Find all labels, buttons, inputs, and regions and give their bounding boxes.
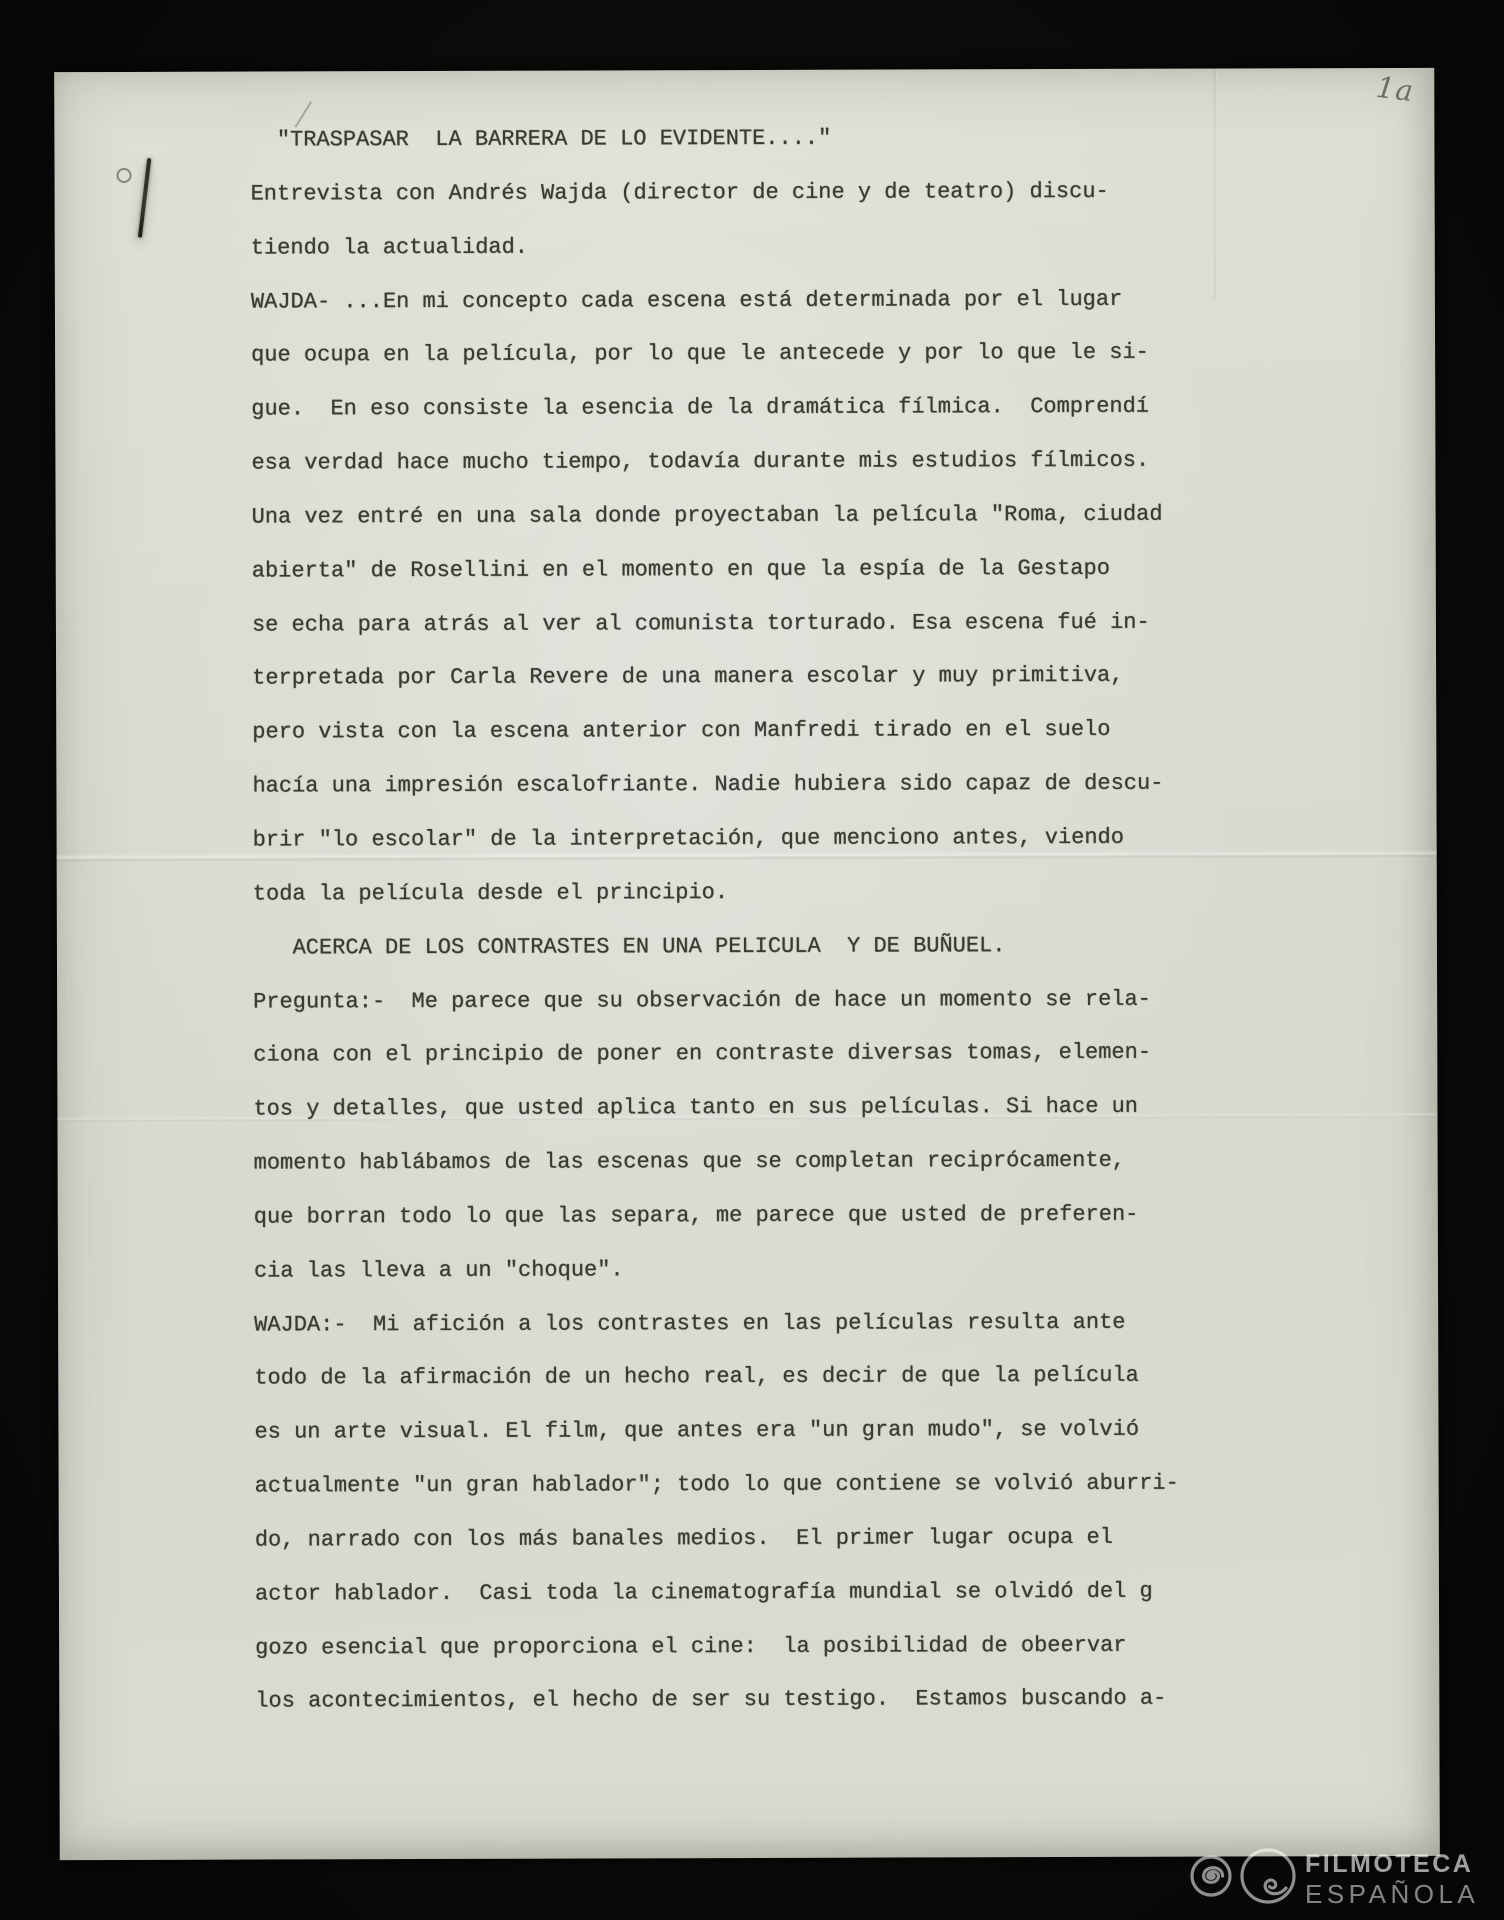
watermark-subtitle: ESPAÑOLA <box>1305 1879 1479 1909</box>
text-line: ACERCA DE LOS CONTRASTES EN UNA PELICULA… <box>253 918 1253 975</box>
text-line: todo de la afirmación de un hecho real, … <box>254 1349 1254 1406</box>
text-line: pero vista con la escena anterior con Ma… <box>252 703 1252 760</box>
text-line: tiendo la actualidad. <box>251 218 1251 275</box>
watermark-title: FILMOTECA <box>1305 1850 1473 1878</box>
document-page: 1a "TRASPASAR LA BARRERA DE LO EVIDENTE.… <box>54 68 1440 1860</box>
text-line: gozo esencial que proporciona el cine: l… <box>255 1618 1255 1675</box>
text-line: momento hablábamos de las escenas que se… <box>254 1133 1254 1190</box>
text-line: "TRASPASAR LA BARRERA DE LO EVIDENTE....… <box>250 110 1250 167</box>
text-line: ciona con el principio de poner en contr… <box>253 1026 1253 1083</box>
typewritten-text: "TRASPASAR LA BARRERA DE LO EVIDENTE....… <box>250 110 1255 1728</box>
text-line: toda la película desde el principio. <box>253 864 1253 921</box>
text-line: hacía una impresión escalofriante. Nadie… <box>252 757 1252 814</box>
text-line: actor hablador. Casi toda la cinematogra… <box>255 1564 1255 1621</box>
pin-mark <box>138 158 151 238</box>
text-line: es un arte visual. El film, que antes er… <box>254 1403 1254 1460</box>
text-line: Entrevista con Andrés Wajda (director de… <box>250 164 1250 221</box>
text-line: esa verdad hace mucho tiempo, todavía du… <box>251 433 1251 490</box>
pin-hole <box>116 168 131 183</box>
filmoteca-espanola-watermark: FILMOTECA ESPAÑOLA <box>1178 1835 1488 1917</box>
text-line: abierta" de Rosellini en el momento en q… <box>252 541 1252 598</box>
text-line: se echa para atrás al ver al comunista t… <box>252 595 1252 652</box>
text-line: tos y detalles, que usted aplica tanto e… <box>253 1080 1253 1137</box>
text-line: que ocupa en la película, por lo que le … <box>251 326 1251 383</box>
text-line: do, narrado con los más banales medios. … <box>255 1510 1255 1567</box>
text-line: gue. En eso consiste la esencia de la dr… <box>251 380 1251 437</box>
scan-background: 1a "TRASPASAR LA BARRERA DE LO EVIDENTE.… <box>0 0 1504 1920</box>
text-line: los acontecimientos, el hecho de ser su … <box>255 1672 1255 1729</box>
text-line: WAJDA:- Mi afición a los contrastes en l… <box>254 1295 1254 1352</box>
text-line: que borran todo lo que las separa, me pa… <box>254 1187 1254 1244</box>
filmoteca-logo-icon: FILMOTECA ESPAÑOLA <box>1178 1835 1488 1917</box>
page-number-annotation: 1a <box>1374 70 1416 108</box>
text-line: brir "lo escolar" de la interpretación, … <box>253 810 1253 867</box>
text-line: cia las lleva a un "choque". <box>254 1241 1254 1298</box>
text-line: actualmente "un gran hablador"; todo lo … <box>255 1457 1255 1514</box>
text-line: Una vez entré en una sala donde proyecta… <box>252 487 1252 544</box>
text-line: WAJDA- ...En mi concepto cada escena est… <box>251 272 1251 329</box>
text-line: Pregunta:- Me parece que su observación … <box>253 972 1253 1029</box>
text-line: terpretada por Carla Revere de una maner… <box>252 649 1252 706</box>
